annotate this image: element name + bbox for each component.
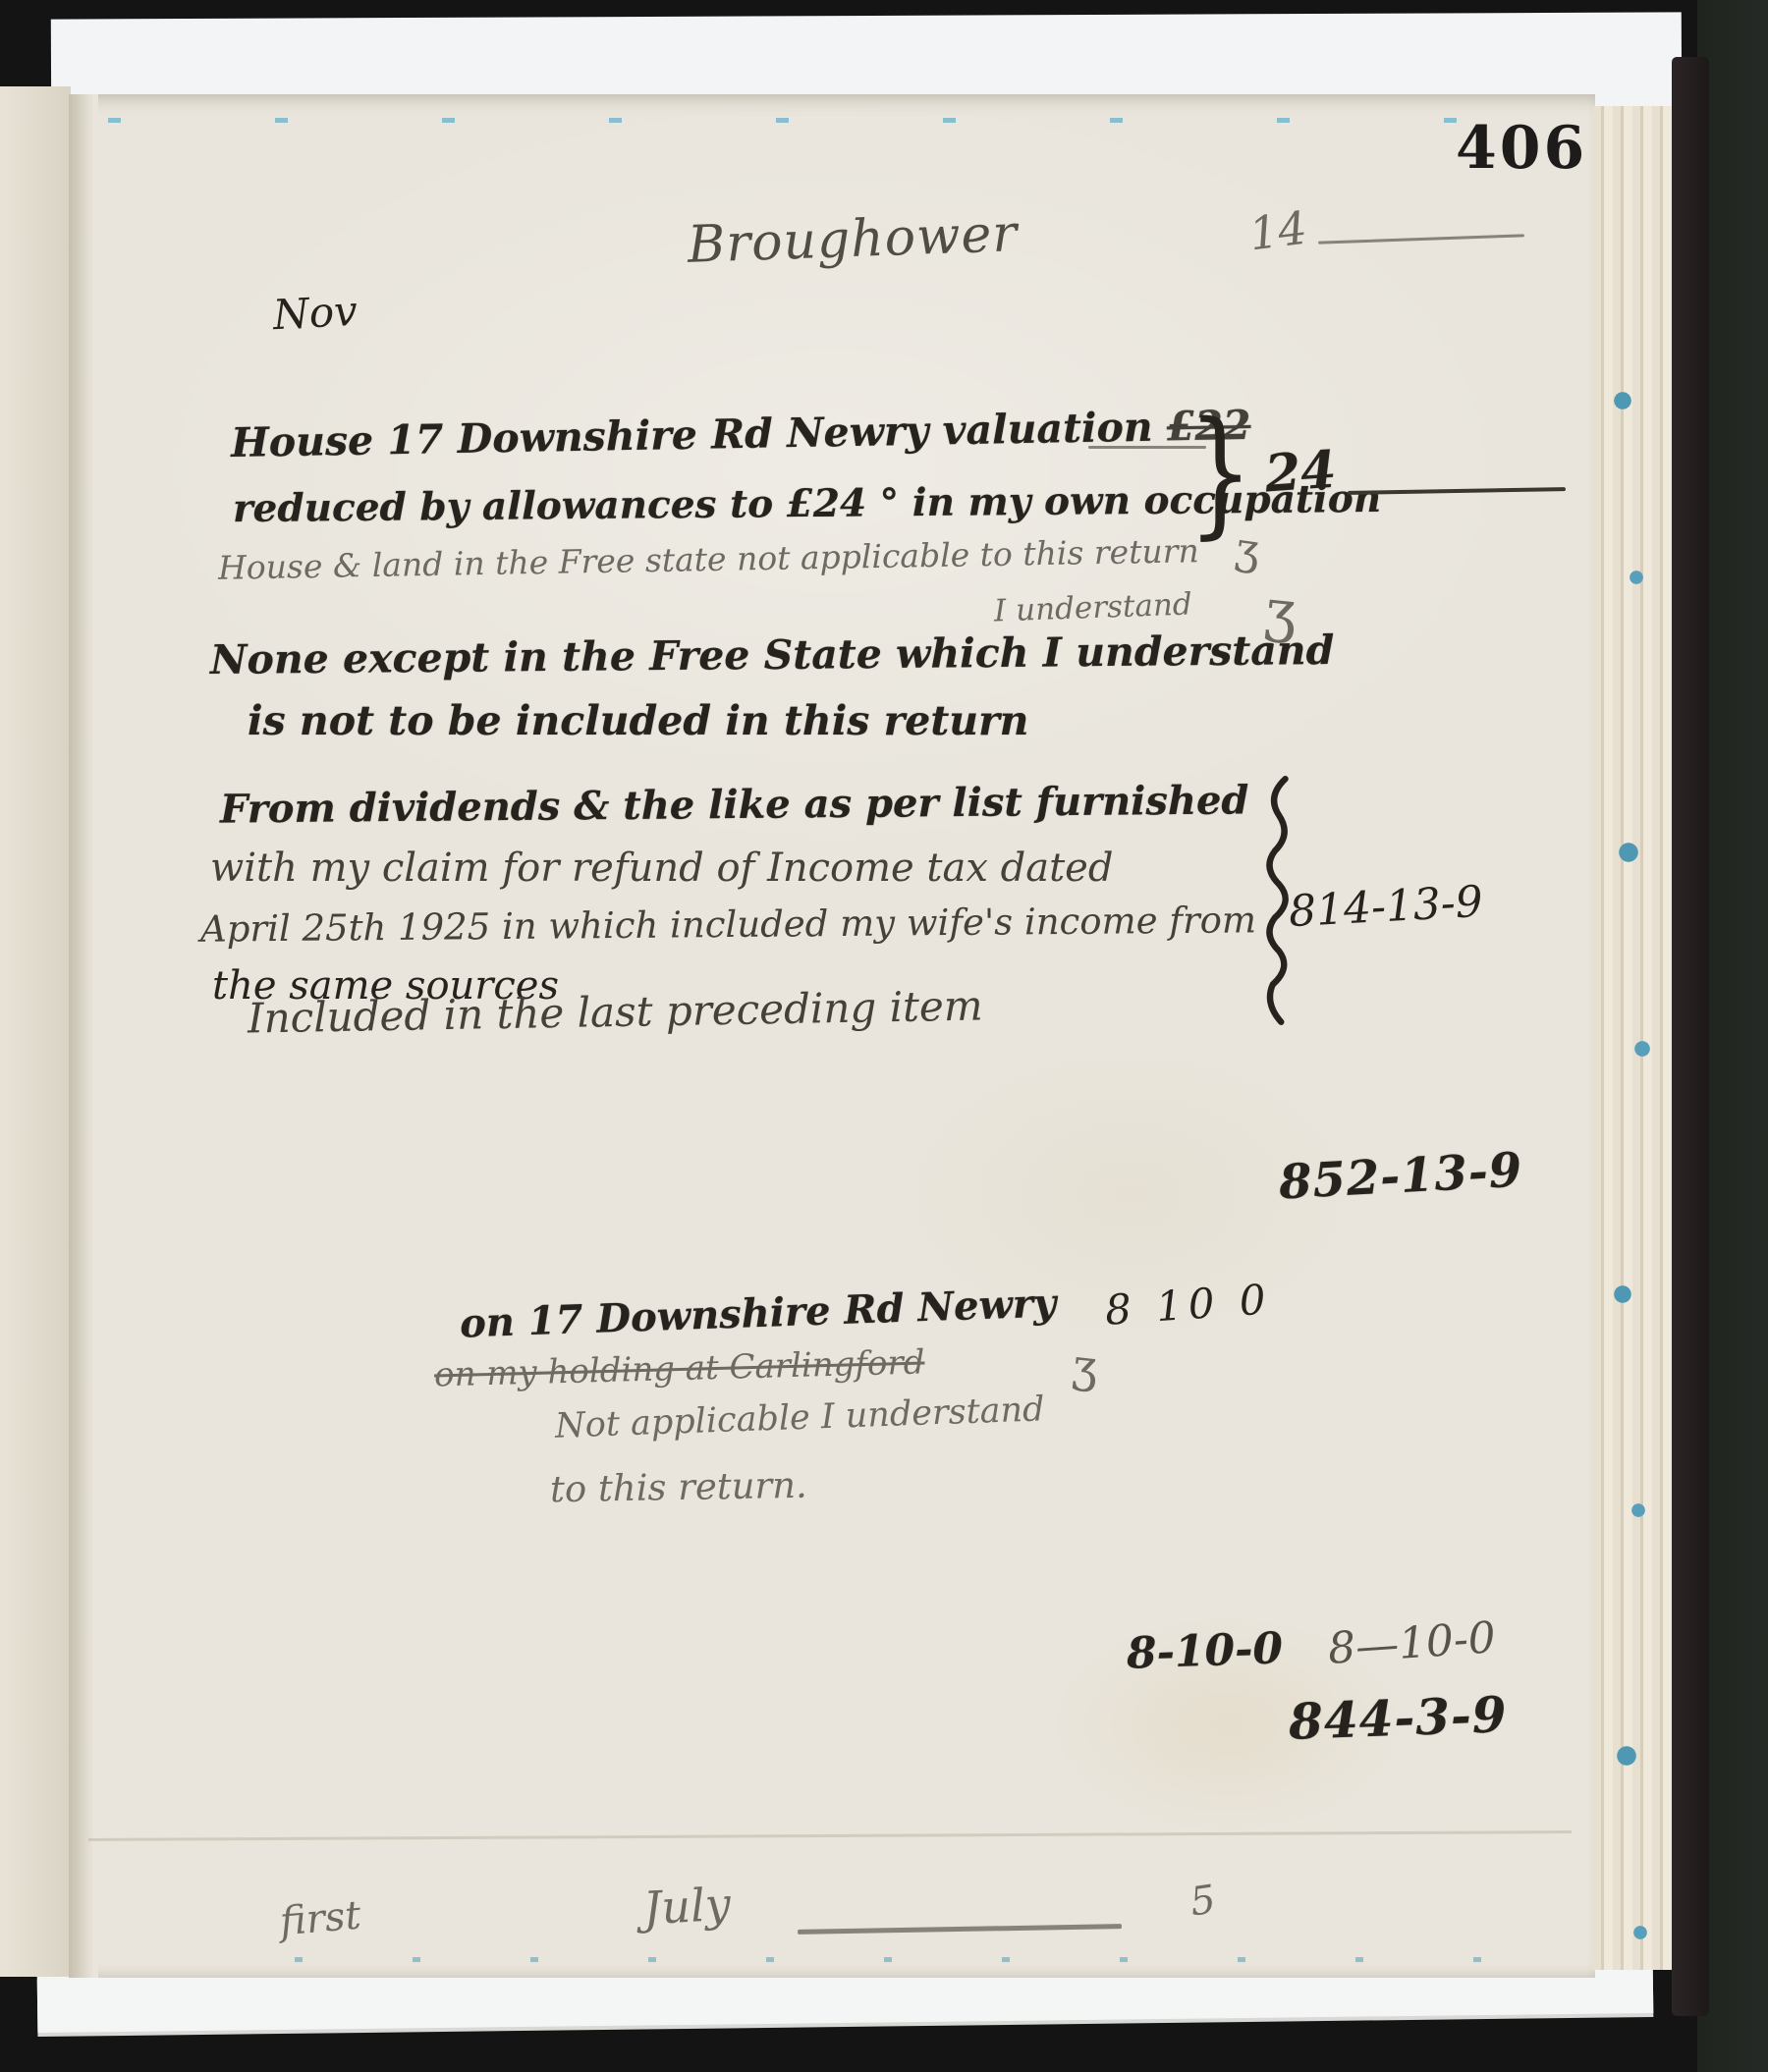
entry-none-line2: is not to be included in this return: [248, 699, 1029, 743]
page-stack-edge: [1593, 106, 1676, 1970]
total-left: 8-10-0: [1126, 1625, 1284, 1678]
house-amount: 24: [1263, 442, 1338, 503]
footer-month: July: [642, 1880, 732, 1934]
blue-speck-row-top: [108, 118, 1562, 123]
page-number: 406: [1456, 116, 1587, 181]
scanned-book-photo: 406 Broughower 14 Nov House 17 Downshire…: [0, 0, 1768, 2072]
pencil-to-this-return: to this return.: [550, 1466, 807, 1510]
subtotal-figure: 852-13-9: [1278, 1145, 1524, 1210]
pencil-free-state-line2: I understand: [993, 587, 1192, 627]
entry-none-line1: None except in the Free State which I un…: [210, 628, 1335, 682]
header-figure: 14: [1246, 203, 1309, 259]
entry-dividends-line1: From dividends & the like as per list fu…: [220, 779, 1249, 831]
entry-dividends-line2: with my claim for refund of Income tax d…: [210, 846, 1113, 890]
grand-total: 844-3-9: [1288, 1687, 1508, 1749]
blue-speck-row-bottom: [295, 1957, 1552, 1962]
dividends-amount: 814-13-9: [1288, 879, 1484, 937]
footer-first-word: first: [278, 1893, 362, 1943]
previous-page-edge: [0, 86, 71, 1977]
gutter-crease: [69, 94, 98, 1978]
month-note: Nov: [272, 289, 359, 339]
book-cover-edge: [1672, 57, 1709, 2016]
title-word: Broughower: [687, 206, 1019, 274]
